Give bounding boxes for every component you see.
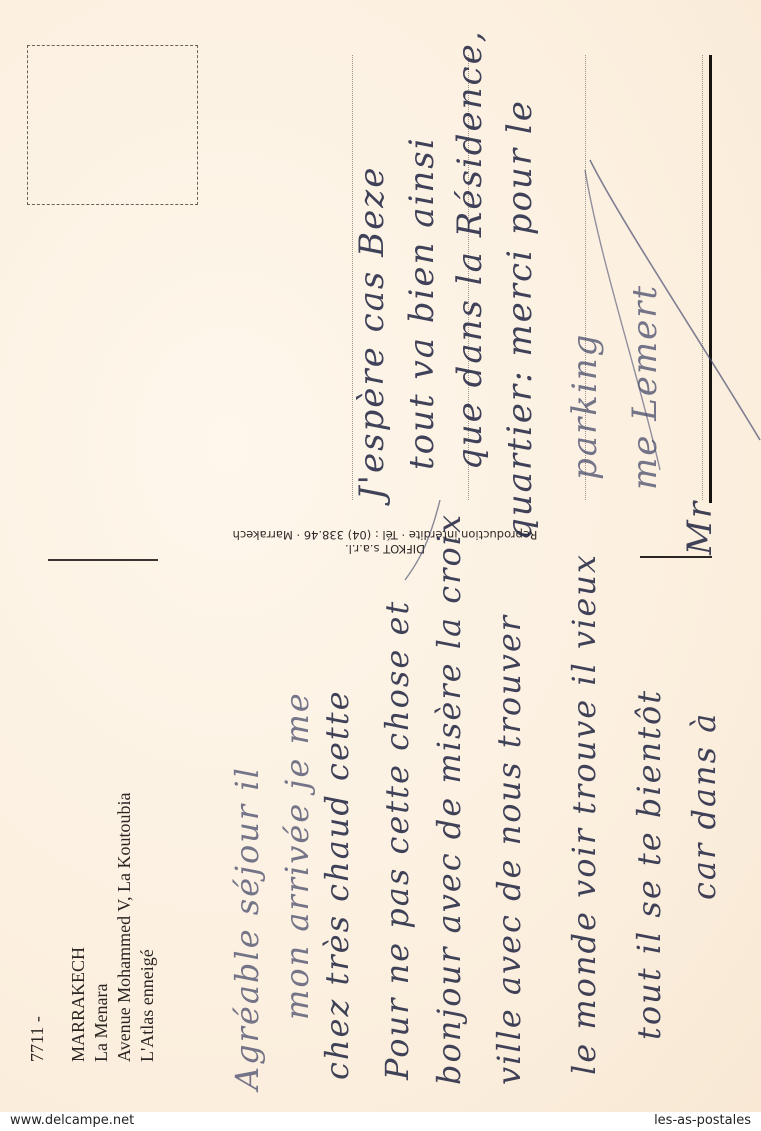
postcard-back: 7711 - MARRAKECH La Menara Avenue Mohamm… — [0, 0, 761, 1112]
footer-seller-name[interactable]: les-as-postales — [654, 1113, 751, 1128]
footer-bar: www.delcampe.net les-as-postales — [0, 1112, 761, 1131]
pen-cross-strokes — [0, 0, 761, 1112]
footer-site-link[interactable]: www.delcampe.net — [10, 1113, 134, 1128]
